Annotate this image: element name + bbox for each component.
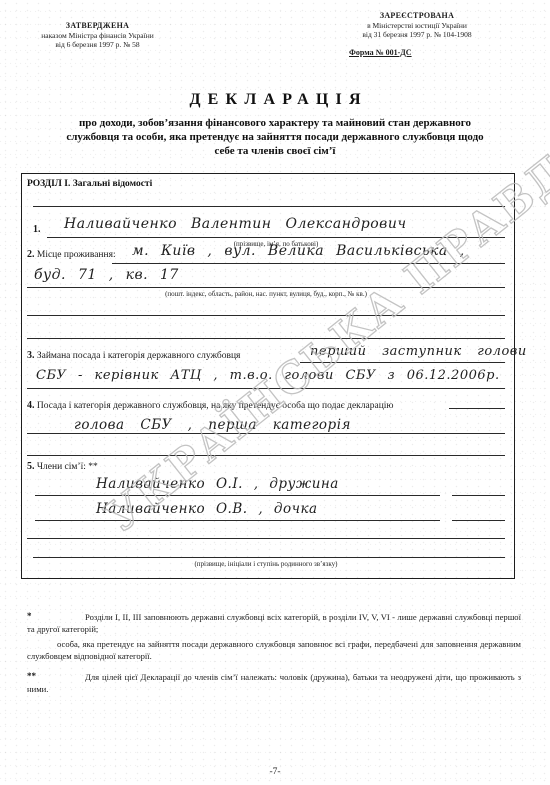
ruled-line xyxy=(35,495,440,496)
row3-number: 3. xyxy=(27,350,35,361)
footnote-doublestar-text: Для цілей цієї Декларації до членів сім’… xyxy=(27,671,521,695)
row5-handwritten-member-1: Наливайченко О.І. , дружина xyxy=(96,476,339,492)
approval-stamp: ЗАТВЕРДЖЕНА наказом Міністра фінансів Ук… xyxy=(30,21,165,50)
approval-stamp-line3: від 6 березня 1997 р. № 58 xyxy=(30,40,165,50)
row1-number: 1. xyxy=(33,224,41,235)
ruled-line xyxy=(300,362,505,363)
footnote-star-text-2: особа, яка претендує на зайняття посади … xyxy=(27,638,521,662)
registration-stamp-line3: від 31 березня 1997 р. № 104-1908 xyxy=(338,30,496,40)
row2-handwritten-address-1: м. Київ , вул. Велика Васильківська , xyxy=(132,243,465,259)
row2-label: Місце проживання: xyxy=(37,250,116,260)
ruled-line xyxy=(27,538,505,539)
ruled-line xyxy=(27,338,505,339)
row5-label: Члени сім’ї: ** xyxy=(37,462,98,472)
ruled-line xyxy=(27,433,505,434)
row2-handwritten-address-2: буд. 71 , кв. 17 xyxy=(34,267,179,283)
row4-number: 4. xyxy=(27,400,35,411)
approval-stamp-line2: наказом Міністра фінансів України xyxy=(30,31,165,41)
ruled-line xyxy=(452,495,505,496)
page-number: -7- xyxy=(0,767,550,777)
row3-label: Займана посада і категорія державного сл… xyxy=(37,351,241,361)
approval-stamp-title: ЗАТВЕРДЖЕНА xyxy=(30,21,165,31)
row5-caption: (прізвище, ініціали і ступінь родинного … xyxy=(27,560,505,568)
ruled-line xyxy=(452,520,505,521)
ruled-line xyxy=(27,315,505,316)
ruled-line xyxy=(33,557,505,558)
ruled-line xyxy=(27,455,505,456)
document-title: ДЕКЛАРАЦІЯ xyxy=(0,91,550,109)
declaration-scan-page: ЗАТВЕРДЖЕНА наказом Міністра фінансів Ук… xyxy=(0,0,550,785)
ruled-line xyxy=(27,388,505,389)
section1-header: РОЗДІЛ І. Загальні відомості xyxy=(27,179,152,189)
row4-handwritten-position: голова СБУ , перша категорія xyxy=(74,417,351,433)
ruled-line xyxy=(47,237,505,238)
row4-label: Посада і категорія державного службовця,… xyxy=(37,401,394,411)
row3-handwritten-position-2: СБУ - керівник АТЦ , т.в.о. голови СБУ з… xyxy=(36,368,500,383)
ruled-line xyxy=(27,287,505,288)
ruled-line xyxy=(112,263,505,264)
ruled-line xyxy=(33,206,505,207)
document-subtitle: про доходи, зобов’язання фінансового хар… xyxy=(56,116,494,158)
row5-number: 5. xyxy=(27,461,35,472)
row1-handwritten-name: Наливайченко Валентин Олександрович xyxy=(64,216,407,232)
ruled-line xyxy=(35,520,440,521)
footnote-star-text-1: Розділи І, ІІ, ІІІ заповнюють державні с… xyxy=(27,611,521,635)
row2-caption: (пошт. індекс, область, район, нас. пунк… xyxy=(27,290,505,298)
registration-stamp-line2: в Міністерстві юстиції України xyxy=(338,21,496,31)
form-number: Форма № 001-ДС xyxy=(349,48,412,57)
registration-stamp: ЗАРЕЄСТРОВАНА в Міністерстві юстиції Укр… xyxy=(338,11,496,40)
row2-number: 2. xyxy=(27,249,35,260)
registration-stamp-title: ЗАРЕЄСТРОВАНА xyxy=(338,11,496,21)
row5-handwritten-member-2: Наливайченко О.В. , дочка xyxy=(96,501,318,517)
ruled-line xyxy=(449,408,505,409)
row3-handwritten-position-1: перший заступник голови xyxy=(310,344,527,359)
